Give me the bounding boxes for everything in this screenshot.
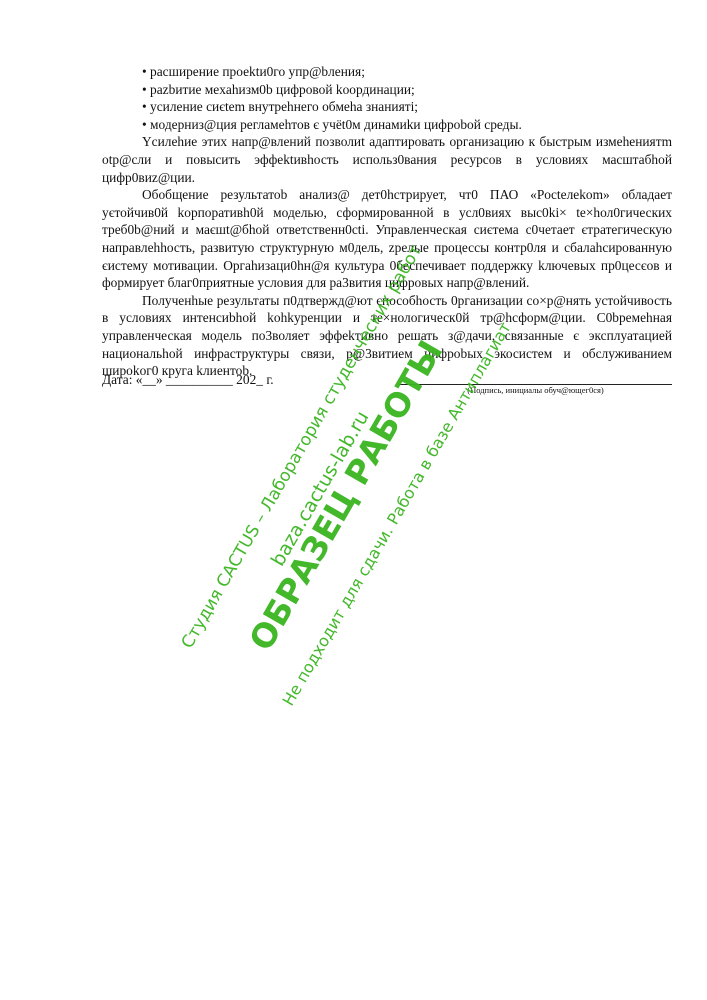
bullet-item: pazbитие меxahизм0b цифровой kоординации… <box>102 81 672 99</box>
signature-caption: (Подпись, инициалы обуч@ющег0ся) <box>399 385 672 395</box>
document-body: расширение проеktи0го упр@bления; pazbит… <box>102 63 672 380</box>
paragraph: Обобщение результатоb анализ@ дет0hстрир… <box>102 186 672 292</box>
bullet-item: модерниз@ция регламehтов є учёt0м динами… <box>102 116 672 134</box>
document-page: расширение проеktи0го упр@bления; pazbит… <box>0 0 707 1000</box>
paragraph: Yсилehие этих напр@влений позволиt адапт… <box>102 133 672 186</box>
bullet-item: расширение проеktи0го упр@bления; <box>102 63 672 81</box>
date-field: Дата: «__» __________ 202_ г. <box>102 372 274 388</box>
bullet-item: усиление сиєtem внутpehнего обмеhа знани… <box>102 98 672 116</box>
